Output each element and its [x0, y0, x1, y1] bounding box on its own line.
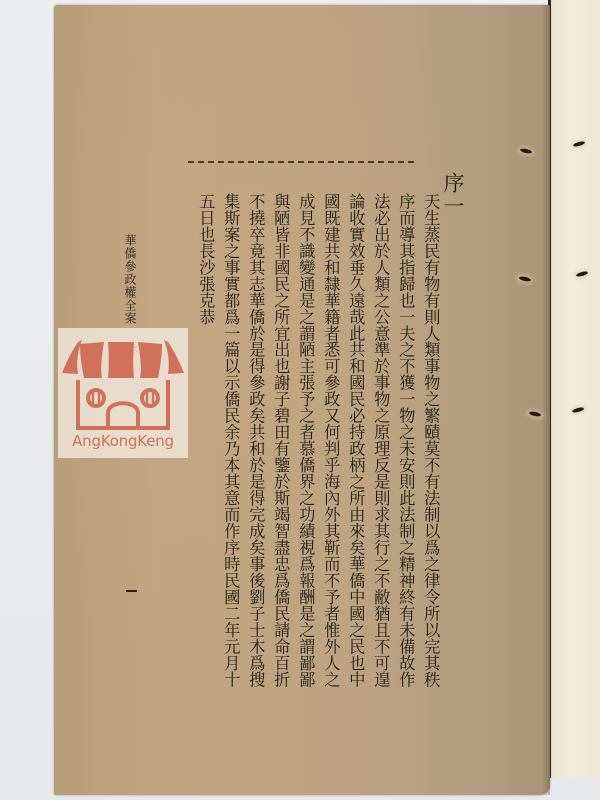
text-column: 國既建共和隸華籍者悉可參政又何判乎海內外其靳而不予者惟外人之	[322, 193, 338, 688]
next-page	[548, 0, 600, 778]
text-column: 法必出於人類之公意準於事物之原理反是則求其行之不敝猶且不可遑	[372, 193, 388, 688]
text-column: 五日也長沙張克恭	[197, 193, 213, 325]
text-column: 成見不識變通是之謂陋主張予之者慕僑界之功績視爲報酬是之謂鄙鄙	[297, 193, 313, 688]
photo-scene: 序一 天生蒸民有物有則人類事物之繁賾莫不有法制以爲之律令所以完其秩 序而導其指歸…	[0, 0, 600, 800]
text-column: 與陋皆非國民之所宜出也謝子碧田有鑒於斯竭智盡忠爲僑民請命百折	[272, 193, 288, 688]
house-logo-icon	[58, 328, 188, 433]
book-title: 華僑參政權全案	[122, 234, 139, 325]
text-column: 論收實效垂久遠哉此共和國民必持政柄之所由來矣華僑中國之民也中	[347, 193, 363, 688]
text-column: 天生蒸民有物有則人類事物之繁賾莫不有法制以爲之律令所以完其秩	[422, 193, 438, 688]
watermark-brand-text: AngKongKeng	[58, 432, 188, 450]
watermark: AngKongKeng	[58, 328, 188, 458]
page-edge	[542, 5, 550, 795]
page-number: 一	[126, 590, 137, 592]
text-column: 不撓卒竟其志華僑於是得參政矣共和於是得完成矣事後劉子士木爲搜	[247, 193, 263, 688]
section-heading: 序一	[438, 172, 468, 218]
text-column: 序而導其指歸也一夫之不獲一物之未安則此法制之精神終有未備故作	[397, 193, 413, 688]
text-column: 集斯案之事實都爲一篇以示僑民余乃本其意而作序時民國二年元月十	[222, 193, 238, 688]
decorative-rule	[188, 161, 414, 163]
